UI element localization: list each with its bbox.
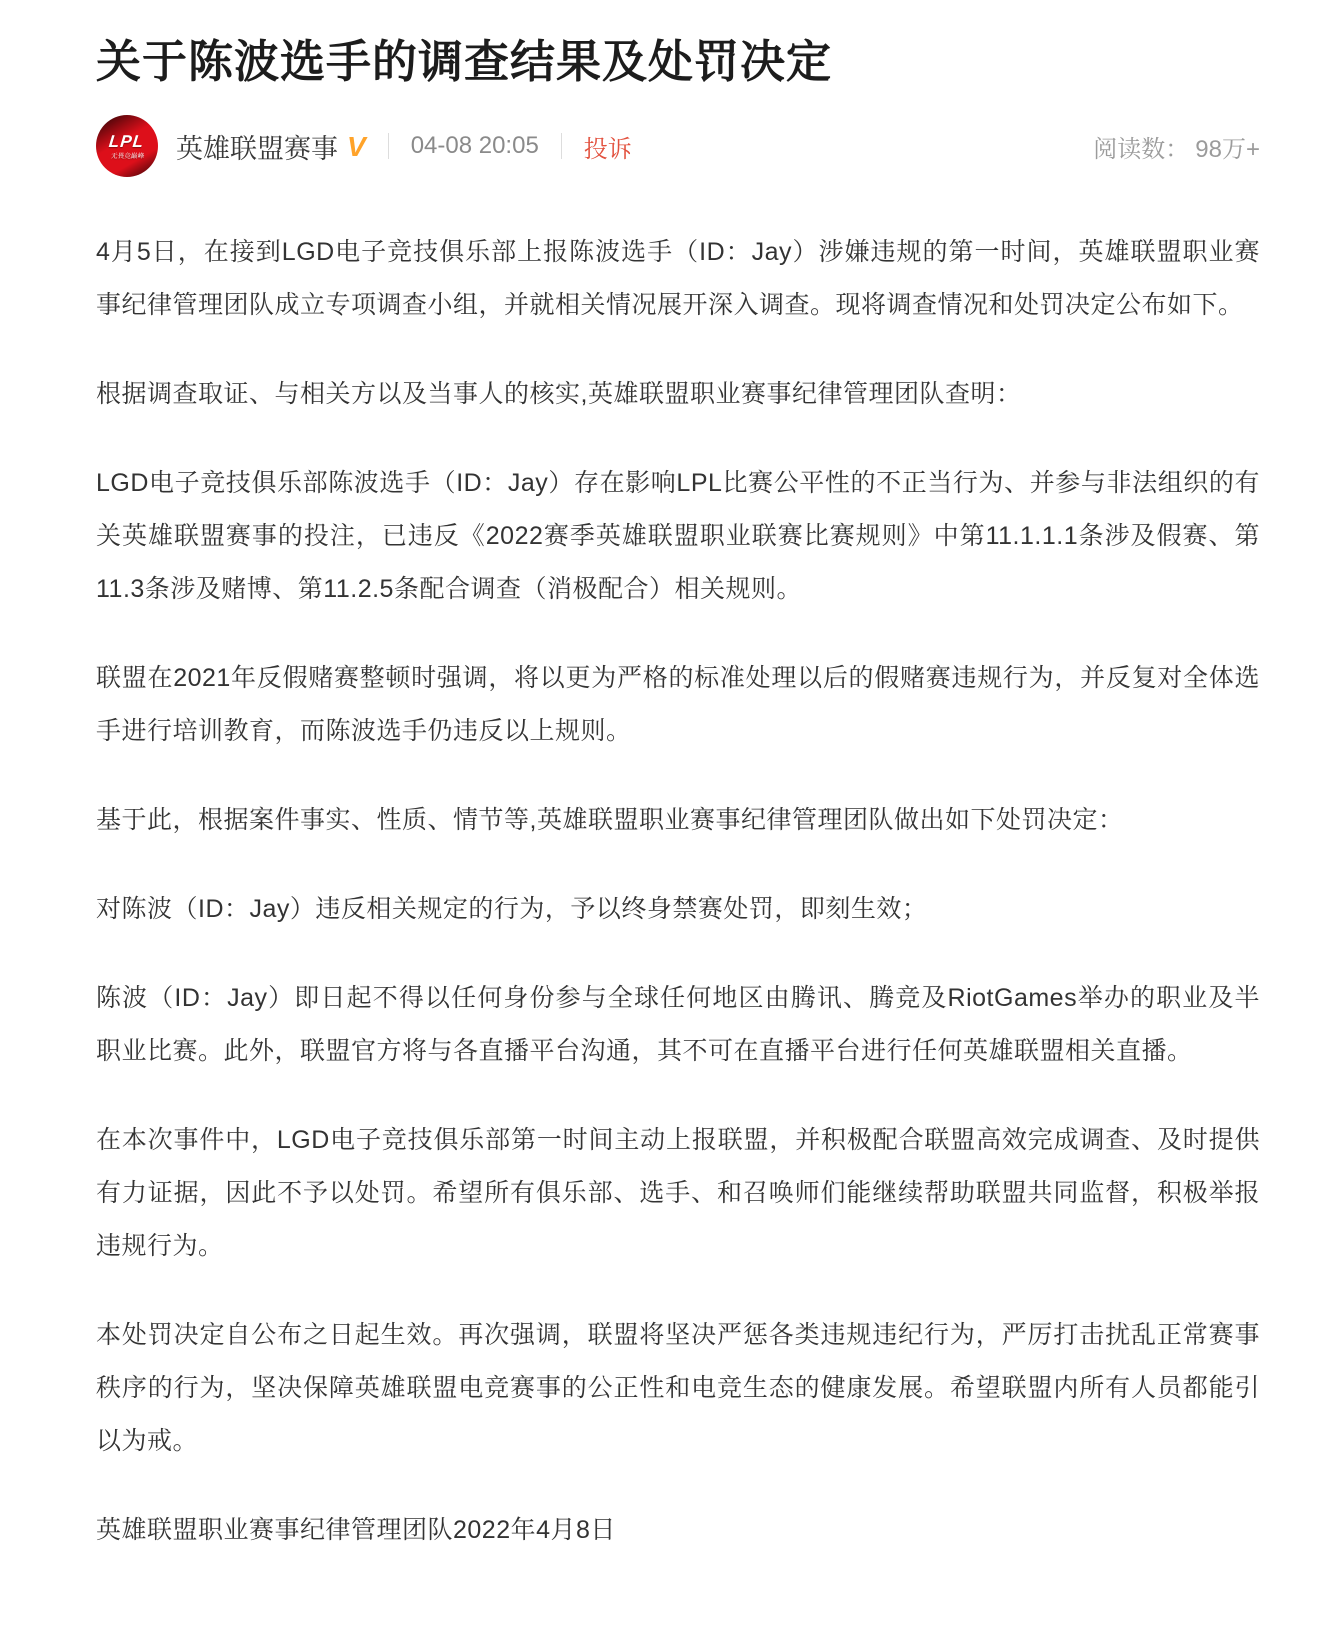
signature-paragraph: 英雄联盟职业赛事纪律管理团队2022年4月8日 <box>96 1504 1260 1557</box>
page-title: 关于陈波选手的调查结果及处罚决定 <box>96 34 1260 90</box>
divider <box>561 133 562 159</box>
paragraph: 联盟在2021年反假赌赛整顿时强调，将以更为严格的标准处理以后的假赌赛违规行为，… <box>96 652 1260 758</box>
avatar-lpl-logo: LPL <box>109 133 146 150</box>
read-count: 阅读数：98万+ <box>1093 129 1260 164</box>
avatar-slogan: 无畏竞巅峰 <box>110 153 144 160</box>
paragraph: 陈波（ID：Jay）即日起不得以任何身份参与全球任何地区由腾讯、腾竞及RiotG… <box>96 972 1260 1078</box>
avatar[interactable]: LPL 无畏竞巅峰 <box>96 115 158 177</box>
publish-time: 04-08 20:05 <box>411 132 539 160</box>
divider <box>388 133 389 159</box>
paragraph: 4月5日，在接到LGD电子竞技俱乐部上报陈波选手（ID：Jay）涉嫌违规的第一时… <box>96 226 1260 332</box>
paragraph: 本处罚决定自公布之日起生效。再次强调，联盟将坚决严惩各类违规违纪行为，严厉打击扰… <box>96 1309 1260 1468</box>
author-name[interactable]: 英雄联盟赛事 <box>176 127 338 166</box>
paragraph: 根据调查取证、与相关方以及当事人的核实,英雄联盟职业赛事纪律管理团队查明： <box>96 368 1260 421</box>
paragraph: 基于此，根据案件事实、性质、情节等,英雄联盟职业赛事纪律管理团队做出如下处罚决定… <box>96 794 1260 847</box>
paragraph: 对陈波（ID：Jay）违反相关规定的行为，予以终身禁赛处罚，即刻生效； <box>96 883 1260 936</box>
read-count-value: 98万+ <box>1195 136 1260 163</box>
author-header: LPL 无畏竞巅峰 英雄联盟赛事 V 04-08 20:05 投诉 阅读数：98… <box>96 114 1260 178</box>
paragraph: LGD电子竞技俱乐部陈波选手（ID：Jay）存在影响LPL比赛公平性的不正当行为… <box>96 457 1260 616</box>
article-body: 4月5日，在接到LGD电子竞技俱乐部上报陈波选手（ID：Jay）涉嫌违规的第一时… <box>96 226 1260 1557</box>
article-page: 关于陈波选手的调查结果及处罚决定 LPL 无畏竞巅峰 英雄联盟赛事 V 04-0… <box>0 0 1338 1650</box>
verified-v-icon: V <box>347 133 366 161</box>
report-link[interactable]: 投诉 <box>584 129 632 164</box>
read-count-label: 阅读数： <box>1093 136 1189 163</box>
paragraph: 在本次事件中，LGD电子竞技俱乐部第一时间主动上报联盟，并积极配合联盟高效完成调… <box>96 1114 1260 1273</box>
